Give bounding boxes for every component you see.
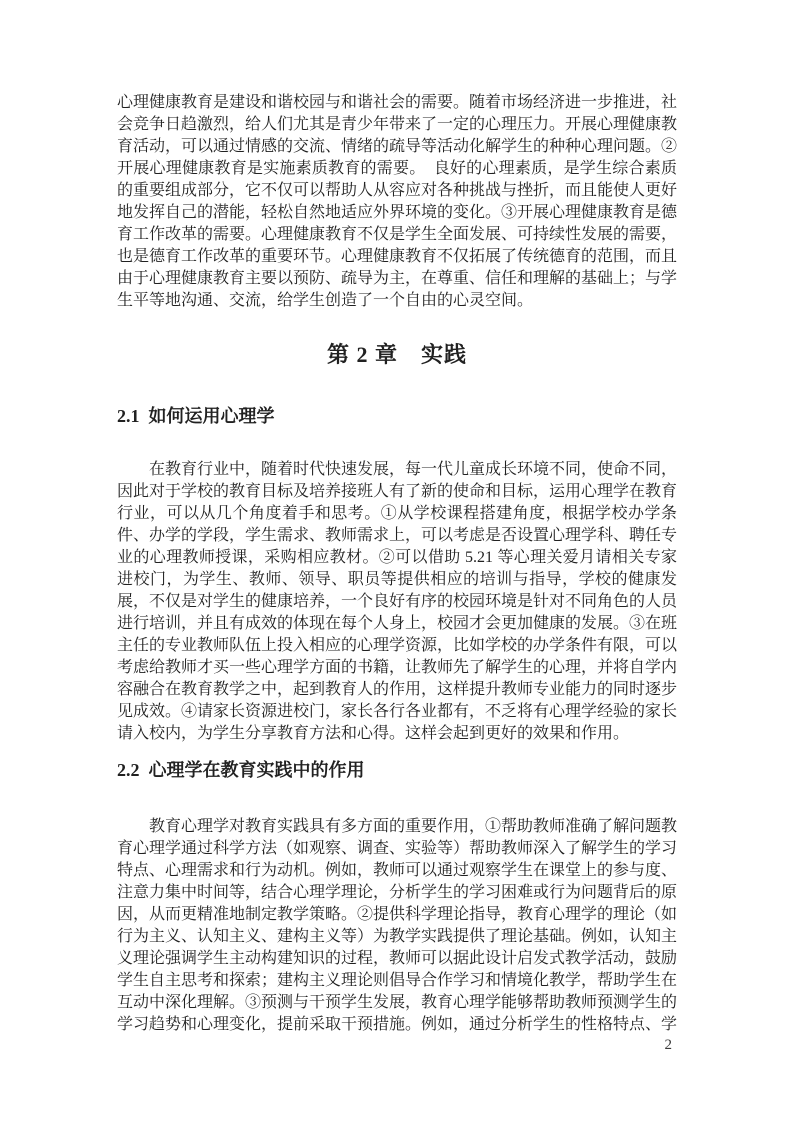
- section-title-text-2-2: 心理学在教育实践中的作用: [149, 760, 365, 780]
- intro-paragraph: 心理健康教育是建设和谐校园与和谐社会的需要。随着市场经济进一步推进，社会竞争日趋…: [117, 92, 677, 312]
- section-paragraph-2-2: 教育心理学对教育实践具有多方面的重要作用，①帮助教师准确了解问题教育心理学通过科…: [117, 816, 677, 1036]
- section-heading-2-1: 2.1如何运用心理学: [117, 404, 677, 428]
- section-paragraph-2-1: 在教育行业中，随着时代快速发展，每一代儿童成长环境不同，使命不同，因此对于学校的…: [117, 459, 677, 745]
- page-number: 2: [665, 1036, 673, 1054]
- section-number-2-1: 2.1: [117, 406, 140, 426]
- section-heading-2-2: 2.2心理学在教育实践中的作用: [117, 758, 677, 782]
- page-content-column: 心理健康教育是建设和谐校园与和谐社会的需要。随着市场经济进一步推进，社会竞争日趋…: [117, 0, 677, 1036]
- chapter-heading: 第 2 章 实践: [117, 340, 677, 370]
- section-title-text-2-1: 如何运用心理学: [149, 406, 275, 426]
- document-page: 心理健康教育是建设和谐校园与和谐社会的需要。随着市场经济进一步推进，社会竞争日趋…: [0, 0, 793, 1122]
- section-number-2-2: 2.2: [117, 760, 140, 780]
